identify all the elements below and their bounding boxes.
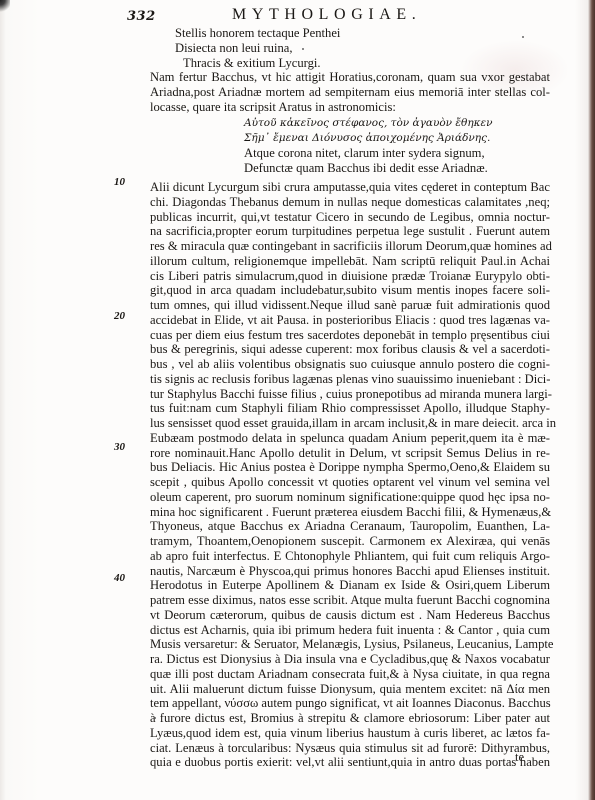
print-speck [522,36,524,38]
text-line: cis Liberi patris simulacrum,quod in diu… [150,269,550,284]
text-line: chi. Diagondas Thebanus demum in nullas … [150,195,550,210]
text-line: patrem esse diximus, natos esse scribit.… [150,593,550,608]
page-number: 332 [127,9,156,24]
line-number-30: 30 [114,441,125,453]
greek-line: Αὐτοῦ κἀκεῖνος στέφανος, τὸν ἀγαυὸν ἔθηκ… [244,116,493,131]
text-line: bus Deliacis. Hic Anius postea è Dorippe… [150,460,550,475]
text-line: tum omnes, qui illud vidissent.Neque ill… [150,298,550,313]
text-line: accidebat in Elide, vt ait Pausa. in pos… [150,313,550,328]
text-line: Nam fertur Bacchus, vt hic attigit Horat… [150,70,550,85]
verse-line: Thracis & exitium Lycurgi. [175,56,340,71]
line-number-20: 20 [114,310,125,322]
line-number-40: 40 [114,572,125,584]
text-line: illorum cultum, religionemque impellebāt… [150,254,550,269]
running-title: MYTHOLOGIAE. [232,6,421,24]
text-line: Thyoneus, atque Bacchus ex Ariadna Ceran… [150,519,550,534]
text-line: bus & peregrinis, siqui adesse cuperent:… [150,342,550,357]
latin-line: Defunctæ quam Bacchus ibi dedit esse Ari… [244,161,488,176]
greek-quotation: Αὐτοῦ κἀκεῖνος στέφανος, τὸν ἀγαυὸν ἔθηκ… [244,116,493,146]
paragraph-intro: Nam fertur Bacchus, vt hic attigit Horat… [150,70,550,114]
text-line: à furore dictus est, Bromius à strepitu … [150,711,550,726]
print-speck [154,717,156,719]
text-line: Eubæam postmodo delata in spelunca quada… [150,431,550,446]
print-speck [302,48,304,50]
text-line: mina hoc significarent . Fuerunt prætere… [150,505,550,520]
text-line: Ariadna,post Ariadnæ mortem ad sempitern… [150,85,550,100]
text-line: cuas per diem eius festum tres sacerdote… [150,328,550,343]
text-line: tur Staphylus Bacchi fuisse filius , cui… [150,387,550,402]
text-line: oleum caperent, pro suorum nominum signi… [150,490,550,505]
text-line: ab apro fuit interfectus. E Chtonophyle … [150,549,550,564]
text-line: tem appellant, νύσσω autem pungo signifi… [150,696,550,711]
text-line: tus fuit:nam cum Staphyli filiam Rhio co… [150,401,550,416]
text-line: dictus est Acharnis, quia ibi primum hed… [150,623,550,638]
greek-line: Σῆμ᾽ ἔμεναι Διόνυσος ἀποιχομένης Ἀριάδνη… [244,131,493,146]
text-line: Lyæus,quod idem est, quia vinum liberius… [150,726,550,741]
text-line: lus sensisset quod esset grauida,illam i… [150,416,550,431]
text-line: quæ illi post ductam Ariadnam consecrata… [150,667,550,682]
text-line: scepit , quibus Apollo concessit vt quot… [150,475,550,490]
text-line: tis signis ac reclusis foribus lagænas p… [150,372,550,387]
text-line: uit. Alii maluerunt dictum fuisse Dionys… [150,682,550,697]
book-page: 332 MYTHOLOGIAE. Stellis honorem tectaqu… [0,0,595,800]
text-line: Alii dicunt Lycurgum sibi crura amputass… [150,180,550,195]
text-line: Musis versaretur: & Seruator, Melanægis,… [150,637,550,652]
text-line: res & miracula quæ contingebant in sacri… [150,239,550,254]
text-line: git,quod in arca quadam includebatur,sub… [150,283,550,298]
running-head: 332 MYTHOLOGIAE. [0,4,595,26]
text-line: ra. Dictus est Dionysius à Dia insula vn… [150,652,550,667]
line-number-10: 10 [114,176,125,188]
text-line: nautis, Narcæum è Physcoa,qui primus hon… [150,564,550,579]
text-line: ciat. Lenæus à torcularibus: Nysæus quia… [150,741,550,756]
text-line: locasse, quare ita scripsit Aratus in as… [150,100,550,115]
text-line: rore nominauit.Hanc Apollo detulit in De… [150,446,550,461]
verse-line: Disiecta non leui ruina, [175,41,340,56]
text-line: na sacrificia,propter eorum turpitudines… [150,224,550,239]
text-line: tramym, Thoantem,Oenopionem suscepit. Ca… [150,534,550,549]
latin-line: Atque corona nitet, clarum inter sydera … [244,146,488,161]
verse-line: Stellis honorem tectaque Penthei [175,26,340,41]
text-line: quia e duobus portis exierit: vel,vt ali… [150,755,550,770]
text-line: Herodotus in Euterpe Apollinem & Dianam … [150,578,550,593]
text-line: vt Deorum cæterorum, quibus de causis di… [150,608,550,623]
text-line: publicas incurrit, qui,vt testatur Cicer… [150,210,550,225]
latin-translation: Atque corona nitet, clarum inter sydera … [244,146,488,176]
text-line: bus , vel ab aliis volentibus obsignatis… [150,357,550,372]
main-text-block: Alii dicunt Lycurgum sibi crura amputass… [150,180,550,770]
opening-verse: Stellis honorem tectaque Penthei Disiect… [175,26,340,70]
catchword: te [515,750,524,765]
